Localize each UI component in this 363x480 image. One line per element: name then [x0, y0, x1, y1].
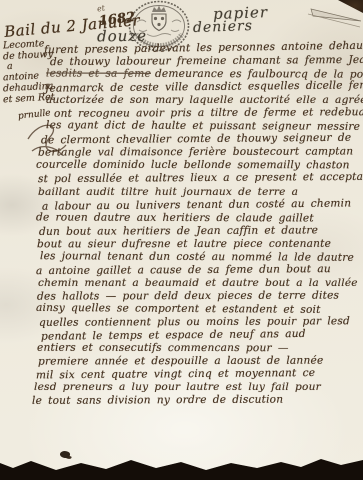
manuscript-line: chemin menant a beaumaid et dautre bout …: [38, 277, 363, 290]
manuscript-line: auctorizée de son mary laquelle auctorit…: [46, 94, 363, 107]
struck-text: lesdits et sa feme: [46, 68, 151, 80]
manuscript-line: entiers et consecutifs commencans pour —: [37, 342, 363, 356]
manuscript-body: furent presens pardevant les personnes a…: [30, 42, 363, 407]
manuscript-line: dun bout aux heritiers de Jean caffin et…: [39, 224, 363, 239]
manuscript-line: a antoine gaillet a cause de sa feme dun…: [36, 263, 363, 278]
year-prefix-annotation: et: [96, 3, 105, 13]
manuscript-line: le tout sans division ny ordre de discut…: [32, 393, 363, 408]
manuscript-photo: papier douze deniers Bail du 2 Januier e…: [0, 0, 363, 480]
printed-word-deniers: deniers: [193, 18, 253, 36]
manuscript-line: st pol essullée et aultres lieux a ce pr…: [38, 171, 363, 186]
manuscript-line: lesd preneurs a luy pour lautre est luy …: [34, 381, 363, 394]
manuscript-line: bout au sieur dufresne et lautre piece c…: [37, 237, 363, 251]
manuscript-line: baillant audit tiltre huit journaux de t…: [38, 186, 363, 199]
manuscript-line: de rouen dautre aux heritiers de claude …: [36, 211, 363, 225]
